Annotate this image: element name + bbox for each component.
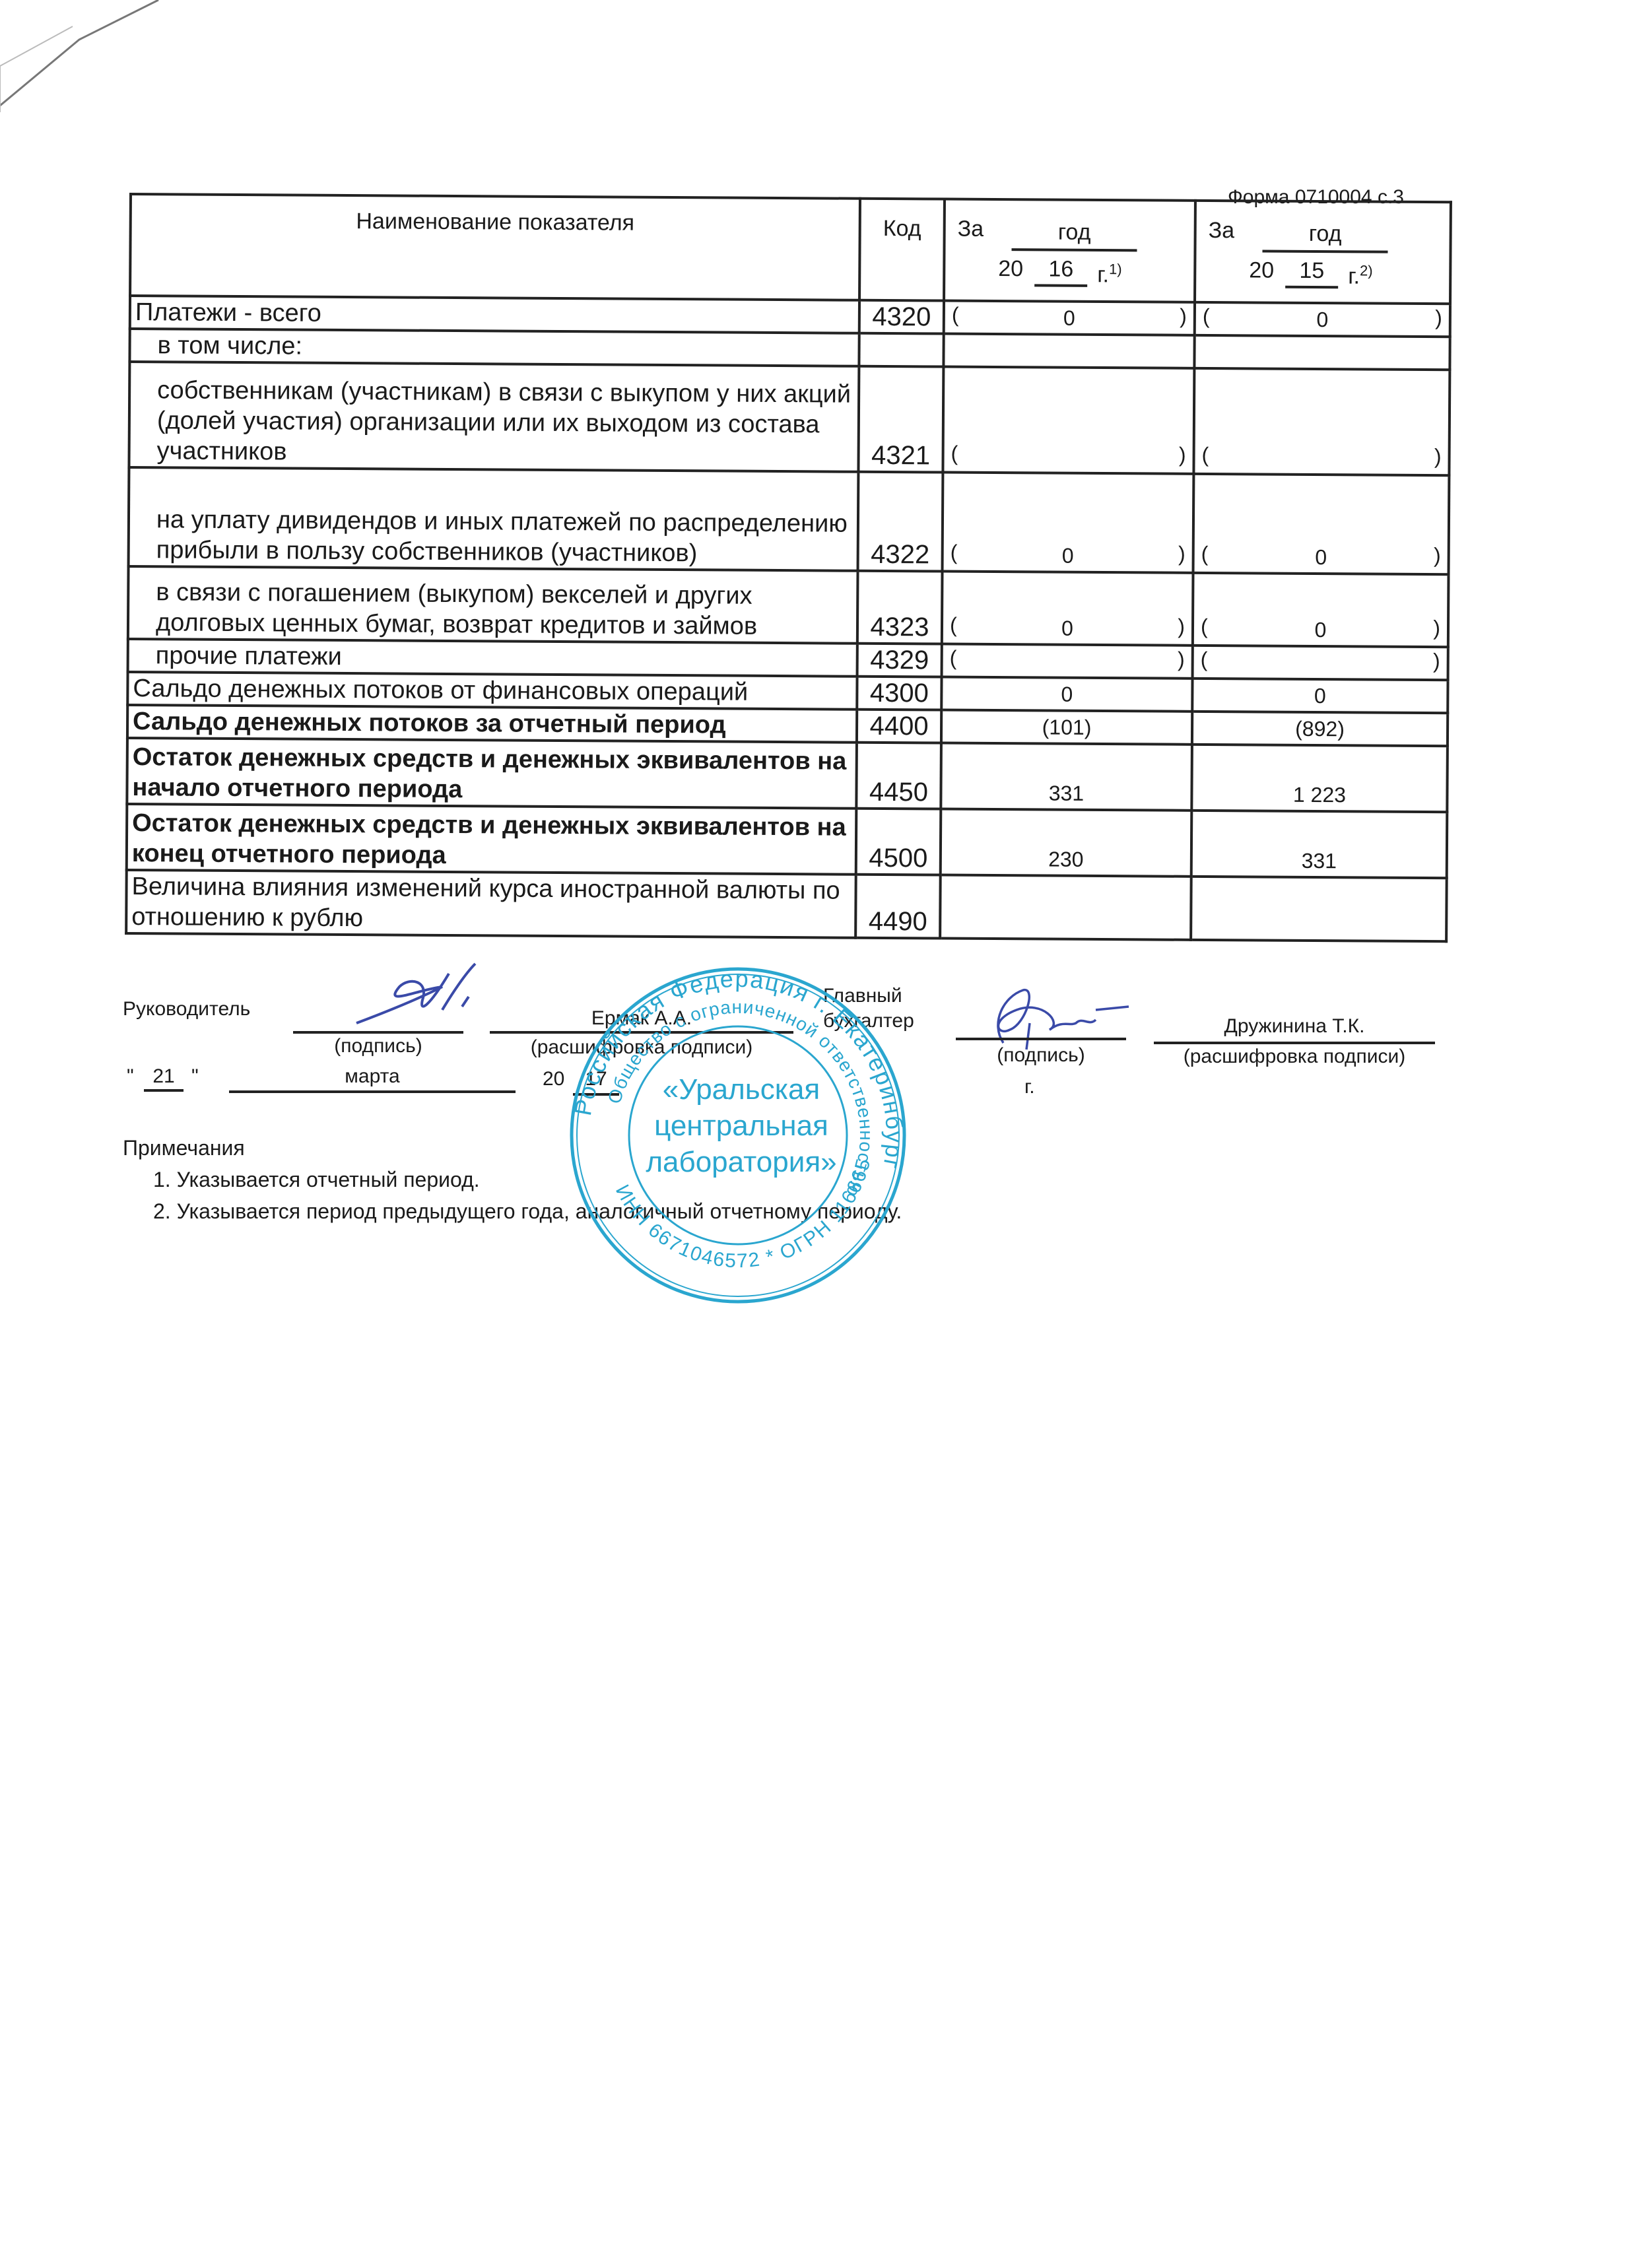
value-current-year: 230 xyxy=(941,809,1192,877)
value-current-year xyxy=(940,875,1191,940)
head-signature-caption: (подпись) xyxy=(293,1035,463,1057)
table-row: Остаток денежных средств и денежных экви… xyxy=(127,804,1448,878)
indicator-name: Сальдо денежных потоков от финансовых оп… xyxy=(127,672,857,710)
paren-open: ( xyxy=(1201,611,1208,642)
head-label: Руководитель xyxy=(123,998,250,1020)
indicator-code: 4329 xyxy=(857,644,942,677)
chief-accountant-signature-line xyxy=(956,1038,1126,1040)
value-current-year: 331 xyxy=(941,743,1192,811)
chief-accountant-decode-caption: (расшифровка подписи) xyxy=(1154,1046,1435,1068)
indicator-name: Платежи - всего xyxy=(130,296,859,333)
paren-close: ) xyxy=(1178,539,1186,569)
paren-close: ) xyxy=(1435,302,1442,333)
paren-open: ( xyxy=(1201,539,1209,569)
paren-close: ) xyxy=(1178,611,1185,642)
head-signature-icon xyxy=(343,960,502,1033)
table-row: Величина влияния изменений курса иностра… xyxy=(126,870,1447,941)
cell-value: 0 xyxy=(1314,618,1326,642)
chief-accountant-name: Дружинина Т.К. xyxy=(1154,1015,1435,1038)
scan-corner-artifact xyxy=(0,0,172,112)
paren-open: ( xyxy=(950,643,957,673)
period-current-footnote: 1) xyxy=(1109,261,1122,277)
value-previous-year: ()0 xyxy=(1193,474,1450,574)
indicator-name: Величина влияния изменений курса иностра… xyxy=(126,870,856,938)
value-current-year: ()0 xyxy=(944,301,1195,335)
chief-accountant-date-suffix: г. xyxy=(1024,1076,1035,1098)
indicator-code: 4400 xyxy=(857,710,941,743)
header-period-previous: За год 20 15 г.2) xyxy=(1195,201,1451,304)
indicator-name: Сальдо денежных потоков за отчетный пери… xyxy=(127,705,857,743)
indicator-name: Остаток денежных средств и денежных экви… xyxy=(127,738,857,809)
header-code: Код xyxy=(859,199,945,301)
head-signature-line xyxy=(293,1031,463,1034)
value-previous-year: 331 xyxy=(1191,811,1448,878)
table-row: собственникам (участникам) в связи с вык… xyxy=(129,362,1450,475)
cell-value: 0 xyxy=(1061,617,1073,640)
value-current-year: () xyxy=(943,367,1194,474)
cell-value: 0 xyxy=(1062,544,1074,568)
indicator-name: Остаток денежных средств и денежных экви… xyxy=(127,804,857,875)
period-current-century: 20 xyxy=(998,253,1023,284)
indicator-code: 4322 xyxy=(858,472,943,572)
value-current-year: () xyxy=(942,644,1193,679)
paren-open: ( xyxy=(1201,644,1208,675)
paren-open: ( xyxy=(951,537,958,568)
cell-value: (892) xyxy=(1295,717,1345,741)
table-row: в связи с погашением (выкупом) векселей … xyxy=(128,566,1449,647)
indicator-code xyxy=(859,333,943,367)
indicator-name: собственникам (участникам) в связи с вык… xyxy=(129,362,859,472)
period-current-year: 16 xyxy=(1034,253,1087,286)
table-row: Остаток денежных средств и денежных экви… xyxy=(127,738,1448,812)
cell-value: 0 xyxy=(1061,683,1073,706)
date-month: марта xyxy=(229,1065,516,1088)
cell-value: 1 223 xyxy=(1293,783,1346,807)
period-previous-suffix: г. xyxy=(1348,264,1360,289)
date-month-line xyxy=(229,1090,516,1093)
value-previous-year: ()0 xyxy=(1193,573,1449,647)
period-current-prefix: За xyxy=(958,214,984,244)
chief-accountant-signature-caption: (подпись) xyxy=(956,1044,1126,1067)
indicator-code: 4321 xyxy=(858,366,943,473)
paren-close: ) xyxy=(1179,440,1186,470)
stamp-inner-line-3: лаборатория» xyxy=(646,1146,836,1178)
value-current-year: ()0 xyxy=(942,572,1193,646)
value-previous-year: (892) xyxy=(1192,712,1448,746)
value-current-year xyxy=(943,334,1194,368)
period-current-word: год xyxy=(1011,217,1137,251)
date-century: 20 xyxy=(543,1068,564,1090)
table-header-row: Наименование показателя Код За год 20 16… xyxy=(130,194,1451,304)
paren-open: ( xyxy=(1203,301,1210,331)
date-open-quote: " xyxy=(127,1065,134,1088)
indicator-code: 4323 xyxy=(857,571,943,644)
paren-close: ) xyxy=(1178,644,1185,675)
indicator-name: прочие платежи xyxy=(128,639,857,677)
value-previous-year xyxy=(1191,877,1447,941)
paren-close: ) xyxy=(1434,441,1442,471)
indicator-name: в том числе: xyxy=(129,329,859,366)
date-day-line xyxy=(144,1089,184,1092)
cell-value: 0 xyxy=(1063,306,1075,330)
indicator-code: 4450 xyxy=(856,743,941,809)
paren-open: ( xyxy=(951,438,958,469)
company-stamp-icon: Российская Федерация г. Екатеринбург Общ… xyxy=(566,964,910,1307)
indicator-name: в связи с погашением (выкупом) векселей … xyxy=(128,566,858,644)
period-previous-prefix: За xyxy=(1209,215,1235,246)
date-close-quote: " xyxy=(191,1065,199,1088)
value-previous-year xyxy=(1194,335,1450,370)
period-previous-word: год xyxy=(1262,218,1387,253)
period-current-suffix: г. xyxy=(1097,262,1109,287)
indicator-code: 4300 xyxy=(857,677,941,710)
cell-value: 0 xyxy=(1315,545,1327,569)
cell-value: (101) xyxy=(1042,715,1092,739)
paren-open: ( xyxy=(1201,440,1209,470)
indicator-name: на уплату дивидендов и иных платежей по … xyxy=(129,467,859,571)
indicator-code: 4490 xyxy=(855,875,941,939)
value-previous-year: () xyxy=(1193,646,1448,680)
date-day: 21 xyxy=(144,1065,184,1088)
paren-close: ) xyxy=(1433,613,1440,643)
value-previous-year: 1 223 xyxy=(1191,745,1448,812)
stamp-inner-line-1: «Уральская xyxy=(663,1073,820,1106)
value-previous-year: () xyxy=(1193,368,1450,475)
period-previous-footnote: 2) xyxy=(1360,262,1373,279)
paren-close: ) xyxy=(1433,646,1440,676)
value-previous-year: ()0 xyxy=(1195,302,1450,337)
chief-accountant-name-line xyxy=(1154,1042,1435,1044)
paren-close: ) xyxy=(1180,301,1187,331)
cell-value: 230 xyxy=(1048,848,1084,871)
table-body: Платежи - всего4320()0()0в том числе:соб… xyxy=(126,296,1450,941)
header-indicator-name: Наименование показателя xyxy=(130,194,860,300)
paren-open: ( xyxy=(952,300,959,330)
cash-flow-table: Наименование показателя Код За год 20 16… xyxy=(125,193,1452,943)
stamp-inner-line-2: центральная xyxy=(654,1110,828,1142)
cell-value: 331 xyxy=(1049,782,1085,805)
paren-close: ) xyxy=(1434,540,1441,570)
paren-open: ( xyxy=(950,610,957,640)
value-previous-year: 0 xyxy=(1192,679,1448,713)
value-current-year: ()0 xyxy=(943,473,1194,573)
indicator-code: 4320 xyxy=(859,300,944,334)
value-current-year: 0 xyxy=(941,677,1192,712)
cell-value: 331 xyxy=(1302,849,1337,873)
cell-value: 0 xyxy=(1314,684,1326,708)
header-period-current: За год 20 16 г.1) xyxy=(944,199,1195,302)
table-row: на уплату дивидендов и иных платежей по … xyxy=(129,467,1450,574)
indicator-code: 4500 xyxy=(856,809,941,875)
period-previous-century: 20 xyxy=(1249,255,1274,285)
value-current-year: (101) xyxy=(941,710,1192,745)
cell-value: 0 xyxy=(1316,308,1328,331)
period-previous-year: 15 xyxy=(1285,255,1338,288)
